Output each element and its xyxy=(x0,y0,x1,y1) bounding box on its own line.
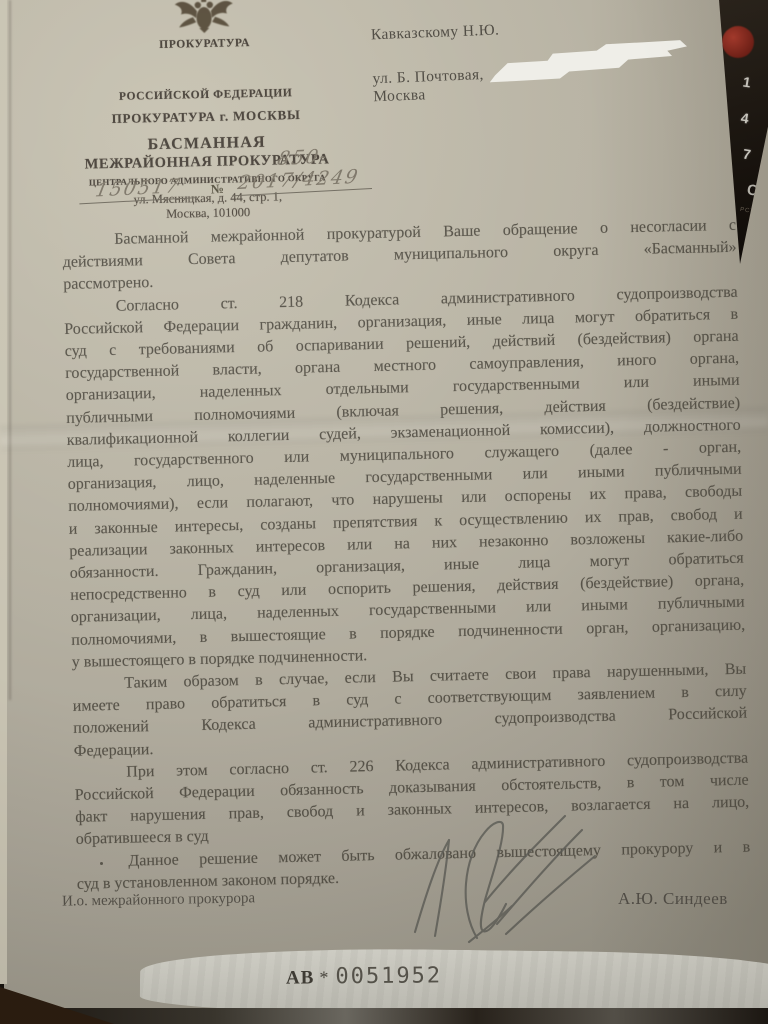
letterhead-org-line1: ПРОКУРАТУРА xyxy=(37,34,373,54)
letterhead-org-line3: ПРОКУРАТУРА г. МОСКВЫ xyxy=(38,105,374,128)
form-number: 0051952 xyxy=(335,963,442,989)
remote-red-button-icon xyxy=(722,26,754,58)
photo-of-letter: ПРОКУРАТУРА РОССИЙСКОЙ ФЕДЕРАЦИИ ПРОКУРА… xyxy=(0,0,768,1024)
handwritten-signature xyxy=(385,810,603,955)
body-text: Басманной межрайонной прокуратурой Ваше … xyxy=(62,215,751,896)
table-surface xyxy=(0,1008,768,1024)
paper-left-edge xyxy=(0,0,7,984)
vertical-crease xyxy=(9,0,11,700)
handwritten-date: 150517 xyxy=(93,175,182,202)
remote-key-7: 7 xyxy=(742,145,752,162)
signer-role: И.о. межрайонного прокурора xyxy=(62,890,255,910)
form-series: АВ xyxy=(286,967,315,988)
signer-name: А.Ю. Синдеев xyxy=(618,889,728,909)
handwritten-number: 850-2017/4249 xyxy=(227,143,375,195)
stray-period-mark xyxy=(100,862,103,865)
number-sign: № xyxy=(210,181,224,198)
remote-key-4: 4 xyxy=(740,109,750,126)
form-star: * xyxy=(319,967,328,987)
letterhead-org-line2: РОССИЙСКОЙ ФЕДЕРАЦИИ xyxy=(38,85,374,105)
form-number-stamp: АВ*0051952 xyxy=(286,963,442,989)
coat-of-arms-icon xyxy=(171,0,238,34)
number-underline: 850-2017/4249 xyxy=(230,143,372,196)
recipient-block: Кавказскому Н.Ю. ул. Б. Почтовая, Москва xyxy=(371,14,704,107)
remote-key-1: 1 xyxy=(742,73,752,90)
